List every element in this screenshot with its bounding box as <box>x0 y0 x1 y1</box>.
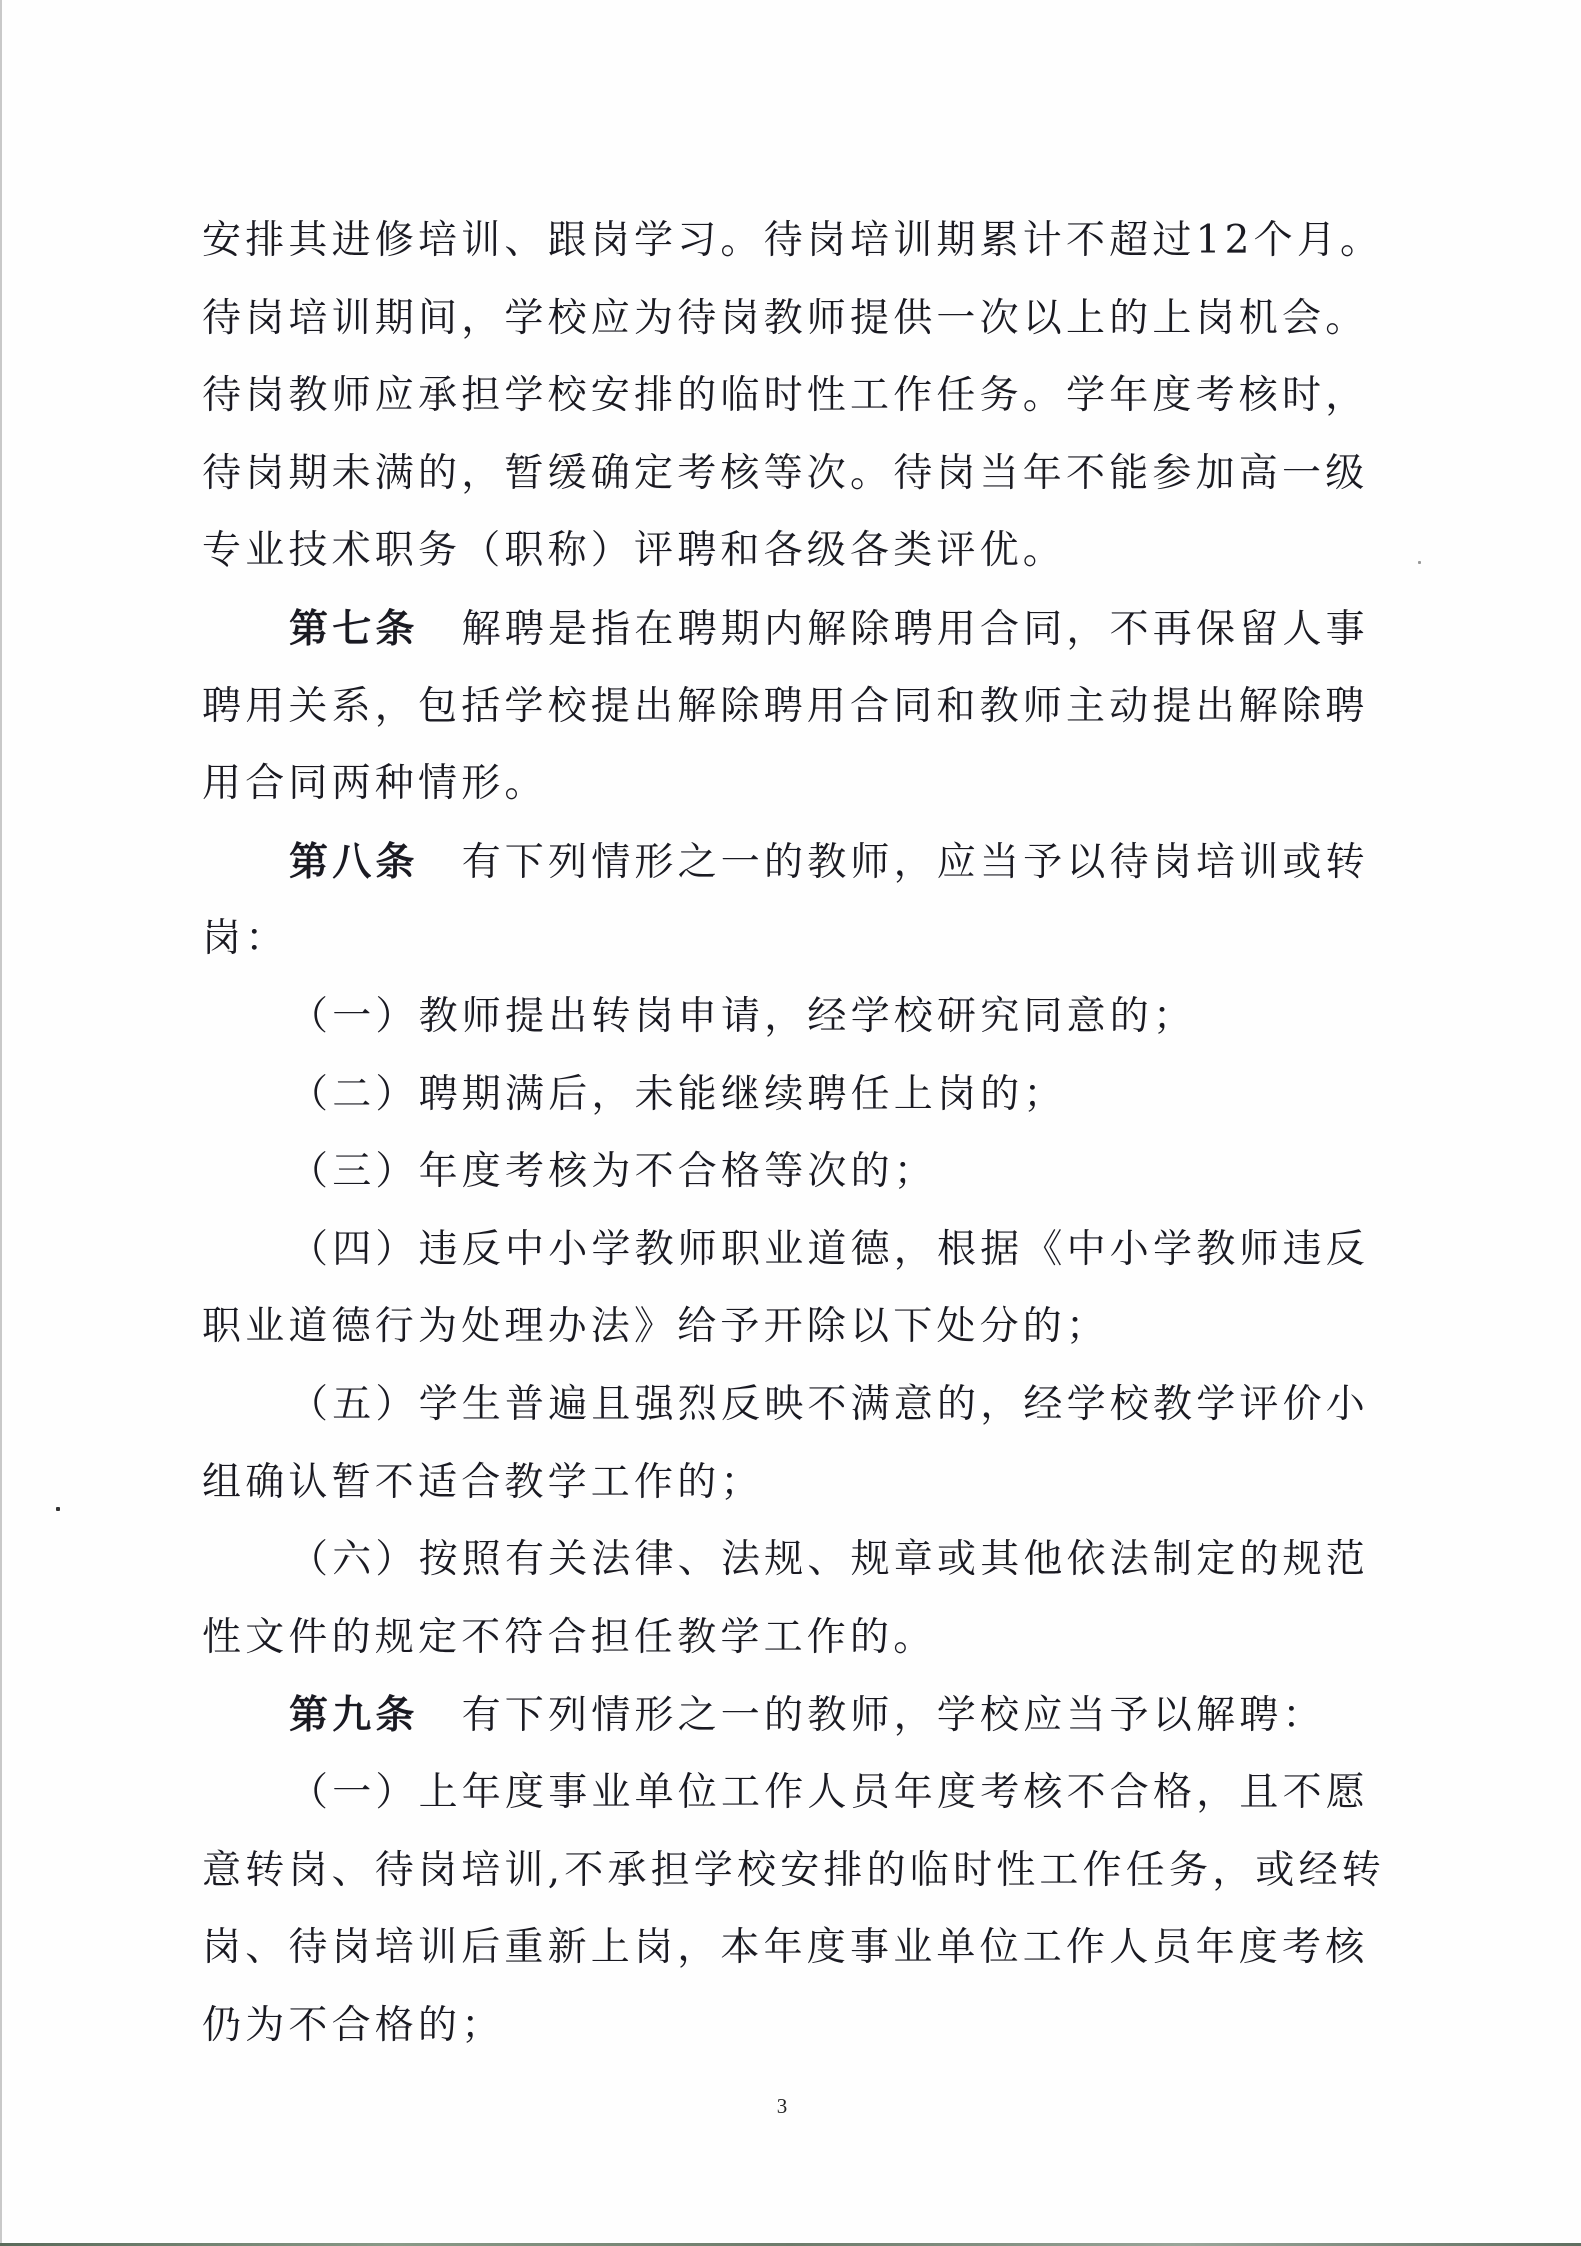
scan-speck <box>1418 561 1421 564</box>
text-line: （二）聘期满后，未能继续聘任上岗的； <box>289 1071 1067 1119</box>
page-number: 3 <box>772 2094 792 2119</box>
line-text: 意转岗、待岗培训,不承担学校安排的临时性工作任务，或经转 <box>202 1848 1385 1893</box>
article-heading-line: 第八条有下列情形之一的教师，应当予以待岗培训或转 <box>289 838 1369 886</box>
text-line: 仍为不合格的； <box>202 2002 504 2050</box>
text-line: 岗： <box>202 915 288 963</box>
line-text: （一）上年度事业单位工作人员年度考核不合格，且不愿 <box>289 1770 1369 1815</box>
line-text: 待岗教师应承担学校安排的临时性工作任务。学年度考核时， <box>202 373 1368 418</box>
text-line: 待岗培训期间，学校应为待岗教师提供一次以上的上岗机会。 <box>202 295 1368 343</box>
line-text: 专业技术职务（职称）评聘和各级各类评优。 <box>202 528 1066 573</box>
text-line: 待岗教师应承担学校安排的临时性工作任务。学年度考核时， <box>202 372 1368 420</box>
text-line: 意转岗、待岗培训,不承担学校安排的临时性工作任务，或经转 <box>202 1847 1385 1895</box>
line-text: （二）聘期满后，未能继续聘任上岗的； <box>289 1072 1067 1117</box>
text-line: 职业道德行为处理办法》给予开除以下处分的； <box>202 1303 1109 1351</box>
scan-edge-left <box>0 0 2 2246</box>
line-text: 待岗期未满的，暂缓确定考核等次。待岗当年不能参加高一级 <box>202 451 1368 496</box>
article-number: 第九条 <box>289 1692 419 1738</box>
line-text: （三）年度考核为不合格等次的； <box>289 1149 937 1194</box>
text-line: 用合同两种情形。 <box>202 760 548 808</box>
text-line: 专业技术职务（职称）评聘和各级各类评优。 <box>202 527 1066 575</box>
line-text: 性文件的规定不符合担任教学工作的。 <box>202 1615 936 1660</box>
line-text: 岗、待岗培训后重新上岗，本年度事业单位工作人员年度考核 <box>202 1925 1368 1970</box>
text-line: 组确认暂不适合教学工作的； <box>202 1459 764 1507</box>
text-line: 待岗期未满的，暂缓确定考核等次。待岗当年不能参加高一级 <box>202 450 1368 498</box>
line-text: 待岗培训期间，学校应为待岗教师提供一次以上的上岗机会。 <box>202 296 1368 341</box>
article-number: 第七条 <box>289 606 419 652</box>
line-text: （六）按照有关法律、法规、规章或其他依法制定的规范 <box>289 1537 1369 1582</box>
text-line: 岗、待岗培训后重新上岗，本年度事业单位工作人员年度考核 <box>202 1924 1368 1972</box>
text-line: （五）学生普遍且强烈反映不满意的，经学校教学评价小 <box>289 1381 1369 1429</box>
article-number: 第八条 <box>289 839 419 885</box>
text-line: （三）年度考核为不合格等次的； <box>289 1148 937 1196</box>
text-line: 聘用关系，包括学校提出解除聘用合同和教师主动提出解除聘 <box>202 683 1368 731</box>
line-text: 仍为不合格的； <box>202 2003 504 2048</box>
article-heading-line: 第九条有下列情形之一的教师，学校应当予以解聘： <box>289 1691 1326 1739</box>
line-text: （一）教师提出转岗申请，经学校研究同意的； <box>289 994 1196 1039</box>
line-text: 安排其进修培训、跟岗学习。待岗培训期累计不超过12个月。 <box>202 218 1383 263</box>
text-line: 性文件的规定不符合担任教学工作的。 <box>202 1614 936 1662</box>
line-text: （四）违反中小学教师职业道德，根据《中小学教师违反 <box>289 1227 1369 1272</box>
line-text: 组确认暂不适合教学工作的； <box>202 1460 764 1505</box>
text-line: （一）教师提出转岗申请，经学校研究同意的； <box>289 993 1196 1041</box>
document-page: 安排其进修培训、跟岗学习。待岗培训期累计不超过12个月。待岗培训期间，学校应为待… <box>0 0 1581 2246</box>
line-text: 聘用关系，包括学校提出解除聘用合同和教师主动提出解除聘 <box>202 684 1368 729</box>
scan-speck <box>56 1507 60 1511</box>
line-text: 有下列情形之一的教师，应当予以待岗培训或转 <box>462 840 1369 885</box>
line-text: 用合同两种情形。 <box>202 761 548 806</box>
text-line: （六）按照有关法律、法规、规章或其他依法制定的规范 <box>289 1536 1369 1584</box>
line-text: 岗： <box>202 916 288 961</box>
article-heading-line: 第七条解聘是指在聘期内解除聘用合同，不再保留人事 <box>289 605 1369 653</box>
line-text: 解聘是指在聘期内解除聘用合同，不再保留人事 <box>462 607 1369 652</box>
line-text: （五）学生普遍且强烈反映不满意的，经学校教学评价小 <box>289 1382 1369 1427</box>
line-text: 职业道德行为处理办法》给予开除以下处分的； <box>202 1304 1109 1349</box>
text-line: （四）违反中小学教师职业道德，根据《中小学教师违反 <box>289 1226 1369 1274</box>
line-text: 有下列情形之一的教师，学校应当予以解聘： <box>462 1693 1326 1738</box>
text-line: 安排其进修培训、跟岗学习。待岗培训期累计不超过12个月。 <box>202 217 1383 265</box>
text-line: （一）上年度事业单位工作人员年度考核不合格，且不愿 <box>289 1769 1369 1817</box>
